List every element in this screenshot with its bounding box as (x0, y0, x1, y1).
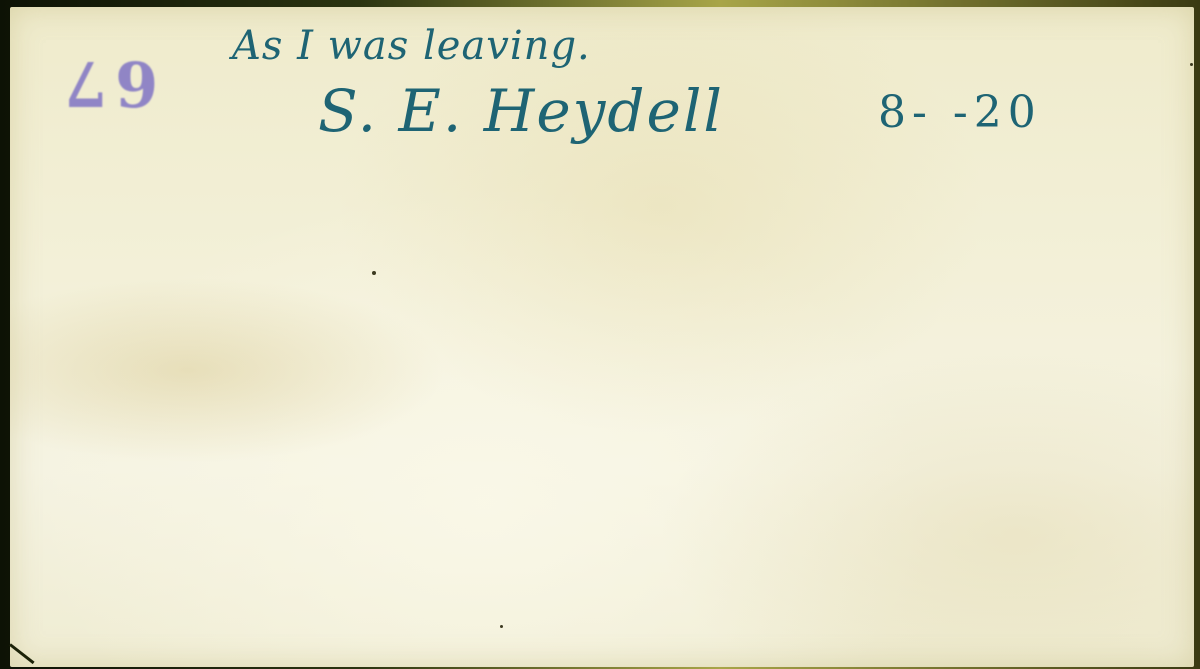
handwritten-note: As I was leaving. (232, 23, 591, 69)
stamped-number: 67 (56, 47, 158, 120)
paper-speck (372, 271, 376, 275)
handwritten-date: 8- -20 (878, 87, 1042, 138)
handwritten-signature: S. E. Heydell (318, 77, 724, 145)
scan-background: 67 As I was leaving. S. E. Heydell 8- -2… (0, 0, 1200, 669)
paper-speck (500, 625, 503, 628)
paper-speck (1190, 63, 1193, 66)
card-back: 67 As I was leaving. S. E. Heydell 8- -2… (10, 7, 1194, 667)
